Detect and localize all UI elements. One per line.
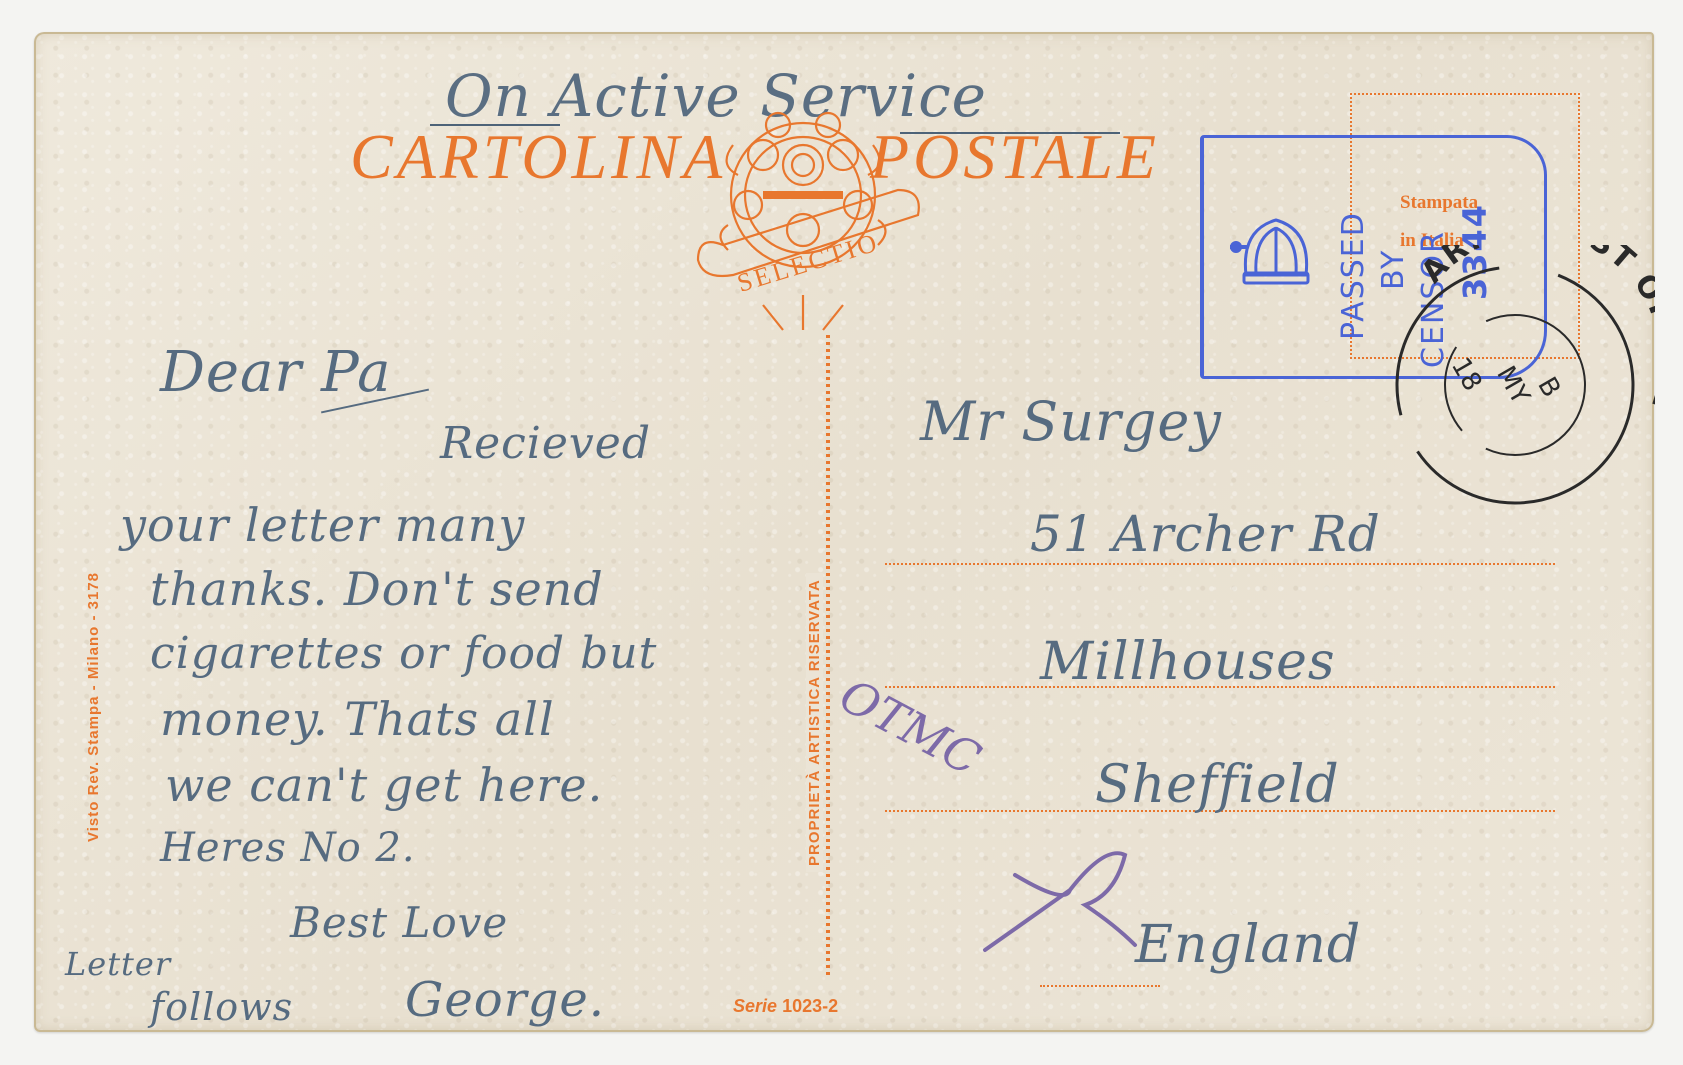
- postmark-code: B: [1531, 372, 1566, 402]
- message-line-5: money. Thats all: [160, 692, 555, 746]
- message-line-4: cigarettes or food but: [150, 628, 657, 679]
- series-label: Serie: [733, 996, 777, 1016]
- address-name: Mr Surgey: [920, 390, 1222, 453]
- side-note-letter: Letter: [65, 945, 171, 983]
- address-line-1: [885, 563, 1555, 565]
- crown-icon: [1226, 205, 1316, 290]
- divider-imprint: PROPRIETÀ ARTISTICA RISERVATA: [806, 573, 823, 872]
- message-line-6: we can't get here.: [165, 758, 603, 812]
- postmark-month: MY: [1490, 361, 1535, 409]
- address-city: Sheffield: [1095, 755, 1340, 815]
- message-line-2: your letter many: [120, 498, 525, 552]
- address-street: 51 Archer Rd: [1030, 505, 1381, 563]
- side-note-follows: follows: [150, 985, 293, 1029]
- address-line-4: [1040, 985, 1160, 987]
- pencil-cross-mark: [975, 835, 1165, 955]
- floral-emblem-icon: [668, 95, 938, 335]
- censor-passed: PASSED: [1336, 211, 1371, 340]
- message-line-7: Heres No 2.: [160, 825, 416, 871]
- center-divider: [826, 335, 830, 975]
- address-locality: Millhouses: [1040, 632, 1336, 692]
- postmark-year: 18: [1445, 353, 1488, 397]
- series-value: 1023-2: [782, 996, 838, 1016]
- message-greeting: Dear Pa: [160, 340, 392, 405]
- address-country: England: [1135, 915, 1361, 975]
- message-line-1: Recieved: [440, 418, 651, 469]
- message-closing: Best Love: [290, 898, 508, 947]
- series-number: Serie 1023-2: [733, 996, 838, 1017]
- message-line-3: thanks. Don't send: [150, 562, 604, 616]
- postmark-army-post-office: ARMY POST OFFICE B MY 18: [1395, 245, 1655, 505]
- left-margin-imprint: Visto Rev. Stampa - Milano - 3178: [85, 572, 102, 842]
- message-signature: George.: [405, 972, 605, 1028]
